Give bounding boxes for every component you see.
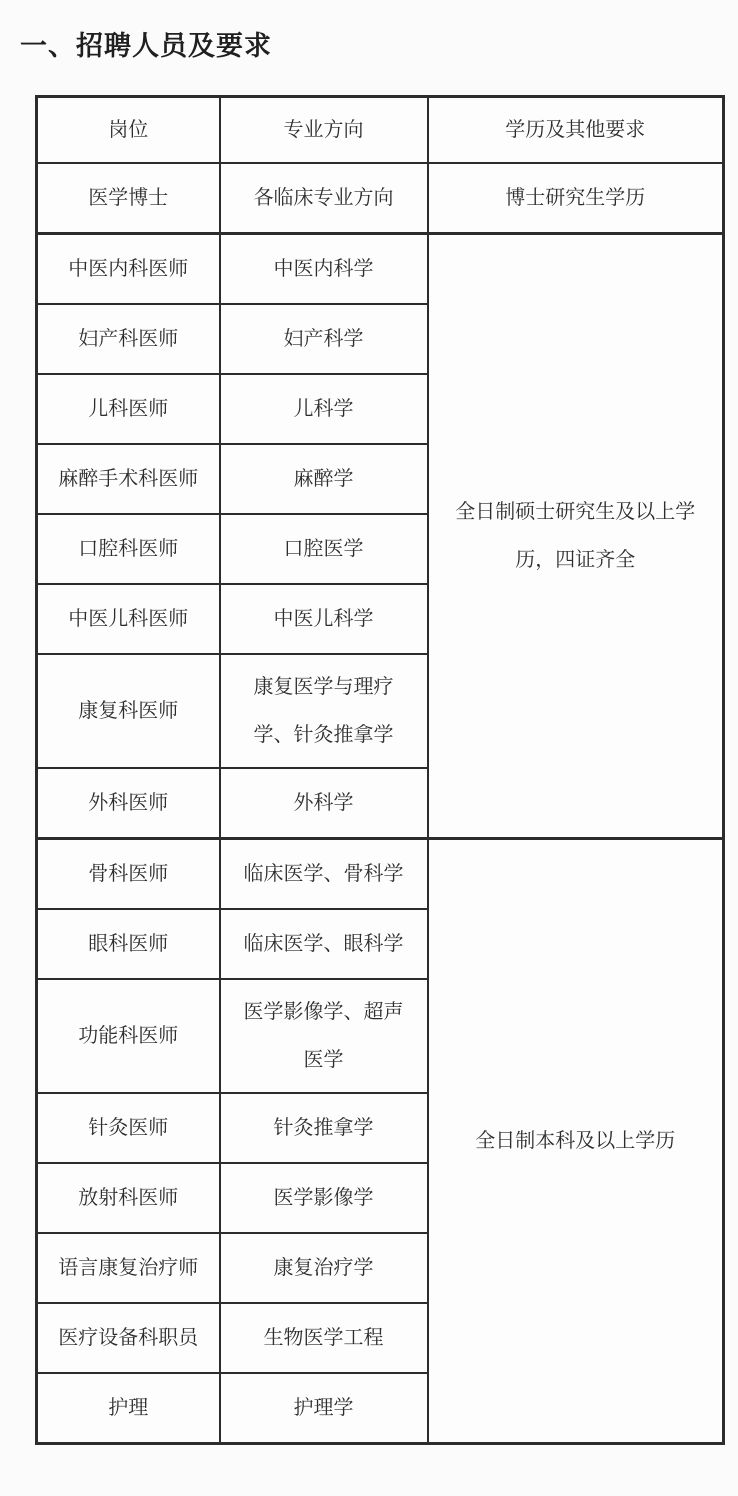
header-row: 岗位 专业方向 学历及其他要求 <box>37 97 724 164</box>
major-text: 康复医学与理疗学、针灸推拿学 <box>240 663 408 759</box>
header-position: 岗位 <box>37 97 220 164</box>
cell-position: 中医儿科医师 <box>37 584 220 654</box>
cell-major: 口腔医学 <box>220 514 428 584</box>
cell-major: 康复医学与理疗学、针灸推拿学 <box>220 654 428 768</box>
requirement-text: 全日制硕士研究生及以上学历，四证齐全 <box>449 488 701 584</box>
cell-position: 医学博士 <box>37 163 220 234</box>
cell-requirement: 全日制硕士研究生及以上学历，四证齐全 <box>428 234 724 839</box>
cell-position: 语言康复治疗师 <box>37 1233 220 1303</box>
cell-major: 儿科学 <box>220 374 428 444</box>
cell-major: 医学影像学 <box>220 1163 428 1233</box>
cell-major: 中医儿科学 <box>220 584 428 654</box>
cell-position: 儿科医师 <box>37 374 220 444</box>
cell-major: 康复治疗学 <box>220 1233 428 1303</box>
cell-requirement: 博士研究生学历 <box>428 163 724 234</box>
cell-major: 中医内科学 <box>220 234 428 305</box>
major-text: 医学影像学、超声医学 <box>240 988 408 1084</box>
table-row: 中医内科医师 中医内科学 全日制硕士研究生及以上学历，四证齐全 <box>37 234 724 305</box>
requirement-text: 全日制本科及以上学历 <box>475 1117 675 1165</box>
cell-major: 麻醉学 <box>220 444 428 514</box>
page-title: 一、招聘人员及要求 <box>0 0 738 63</box>
cell-major: 临床医学、骨科学 <box>220 839 428 910</box>
cell-position: 功能科医师 <box>37 979 220 1093</box>
cell-major: 生物医学工程 <box>220 1303 428 1373</box>
header-major: 专业方向 <box>220 97 428 164</box>
cell-major: 各临床专业方向 <box>220 163 428 234</box>
cell-position: 康复科医师 <box>37 654 220 768</box>
cell-position: 放射科医师 <box>37 1163 220 1233</box>
cell-major: 医学影像学、超声医学 <box>220 979 428 1093</box>
cell-requirement: 全日制本科及以上学历 <box>428 839 724 1444</box>
cell-major: 妇产科学 <box>220 304 428 374</box>
cell-position: 骨科医师 <box>37 839 220 910</box>
header-requirement: 学历及其他要求 <box>428 97 724 164</box>
cell-position: 麻醉手术科医师 <box>37 444 220 514</box>
cell-major: 护理学 <box>220 1373 428 1444</box>
cell-position: 眼科医师 <box>37 909 220 979</box>
recruitment-table: 岗位 专业方向 学历及其他要求 医学博士 各临床专业方向 博士研究生学历 中医内… <box>35 95 725 1445</box>
cell-position: 外科医师 <box>37 768 220 839</box>
cell-position: 妇产科医师 <box>37 304 220 374</box>
cell-major: 外科学 <box>220 768 428 839</box>
table-row: 骨科医师 临床医学、骨科学 全日制本科及以上学历 <box>37 839 724 910</box>
cell-position: 口腔科医师 <box>37 514 220 584</box>
table-row: 医学博士 各临床专业方向 博士研究生学历 <box>37 163 724 234</box>
cell-position: 针灸医师 <box>37 1093 220 1163</box>
cell-major: 临床医学、眼科学 <box>220 909 428 979</box>
cell-position: 护理 <box>37 1373 220 1444</box>
cell-major: 针灸推拿学 <box>220 1093 428 1163</box>
cell-position: 中医内科医师 <box>37 234 220 305</box>
cell-position: 医疗设备科职员 <box>37 1303 220 1373</box>
